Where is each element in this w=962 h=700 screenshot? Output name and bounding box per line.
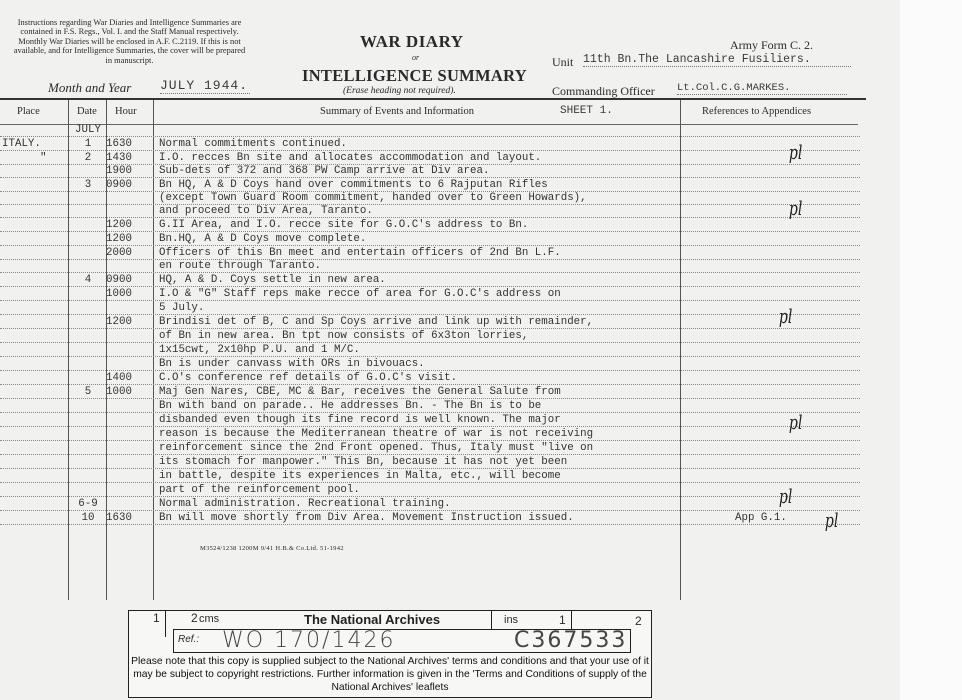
header-rule [0, 98, 866, 100]
initials-signature: pl [789, 140, 802, 164]
table-row: reason is because the Mediterranean thea… [0, 428, 860, 441]
table-row: 1200G.II Area, and I.O. recce site for G… [0, 219, 860, 232]
table-row: en route through Taranto. [0, 260, 860, 273]
title-war-diary: WAR DIARY [360, 32, 464, 52]
table-row: 1000I.O & "G" Staff reps make recce of a… [0, 288, 860, 301]
table-row: part of the reinforcement pool. [0, 484, 860, 497]
ruler-tick [165, 611, 166, 637]
national-archives-stamp: 1 2 cms The National Archives ins 1 2 Re… [128, 610, 652, 698]
table-row: 6-9Normal administration. Recreational t… [0, 498, 860, 511]
title-or: or [412, 53, 419, 62]
reference-box: Ref.: WO 170/1426 C367533 [173, 629, 631, 653]
ruler-tick [571, 611, 572, 629]
table-row: 40900HQ, A & D. Coys settle in new area. [0, 274, 860, 287]
table-row: reinforcement since the 2nd Front opened… [0, 442, 860, 455]
table-row: in battle, despite its experiences in Ma… [0, 470, 860, 483]
war-diary-page: Instructions regarding War Diaries and I… [0, 0, 900, 700]
column-header-date: Date [77, 106, 97, 117]
appendix-reference: App G.1. [735, 512, 787, 524]
copyright-notice: Please note that this copy is supplied s… [129, 655, 651, 694]
table-row: and proceed to Div Area, Taranto. [0, 205, 860, 218]
table-row: (except Town Guard Room commitment, hand… [0, 192, 860, 205]
table-row: 5 July. [0, 302, 860, 315]
initials-signature: pl [789, 410, 802, 434]
unit-value: 11th Bn.The Lancashire Fusiliers. [583, 53, 851, 67]
table-row: JULY [0, 124, 860, 137]
initials-signature: pl [825, 508, 838, 532]
army-form-label: Army Form C. 2. [730, 38, 813, 53]
scan-margin [900, 0, 962, 700]
initials-signature: pl [779, 484, 792, 508]
title-intelligence-summary: INTELLIGENCE SUMMARY [302, 66, 527, 86]
instructions-text: Instructions regarding War Diaries and I… [12, 18, 247, 65]
table-row: 1200Brindisi det of B, C and Sp Coys arr… [0, 316, 860, 329]
month-year-value: JULY 1944. [160, 78, 250, 94]
table-row: 30900Bn HQ, A & D Coys hand over commitm… [0, 179, 860, 192]
column-header-hour: Hour [115, 106, 137, 117]
table-row: 2000Officers of this Bn meet and enterta… [0, 247, 860, 260]
print-code: M3524/1238 1200M 9/41 H.B.& Co.Ltd. 51-1… [200, 545, 344, 552]
ruler: 1 2 cms The National Archives ins 1 2 [129, 611, 651, 629]
column-header-place: Place [17, 106, 40, 117]
table-row: 1400C.O's conference ref details of G.O.… [0, 372, 860, 385]
table-row: 1900Sub-dets of 372 and 368 PW Camp arri… [0, 165, 860, 178]
column-header-summary: Summary of Events and Information [320, 106, 474, 117]
unit-label: Unit [552, 55, 573, 70]
table-row: "21430I.O. recces Bn site and allocates … [0, 152, 860, 165]
commanding-officer-value: Lt.Col.C.G.MARKES. [677, 82, 847, 95]
sheet-number: SHEET 1. [560, 105, 613, 117]
commanding-officer-label: Commanding Officer [552, 84, 655, 99]
column-header-references: References to Appendices [702, 106, 811, 117]
table-row: 101630Bn will move shortly from Div Area… [0, 512, 860, 525]
table-row: of Bn in new area. Bn tpt now consists o… [0, 330, 860, 343]
table-row: 51000Maj Gen Nares, CBE, MC & Bar, recei… [0, 386, 860, 399]
table-row: disbanded even though its fine record is… [0, 414, 860, 427]
initials-signature: pl [779, 304, 792, 328]
reference-code: C367533 [514, 628, 627, 653]
table-row: Bn is under canvass with ORs in bivouacs… [0, 358, 860, 371]
table-row: Bn with band on parade.. He addresses Bn… [0, 400, 860, 413]
month-year-label: Month and Year [48, 80, 131, 96]
initials-signature: pl [789, 196, 802, 220]
title-erase-note: (Erase heading not required). [343, 86, 456, 96]
ruler-tick [491, 611, 492, 629]
table-row: ITALY.11630Normal commitments continued. [0, 138, 860, 151]
archives-name: The National Archives [304, 612, 440, 627]
reference-number: WO 170/1426 [222, 628, 395, 653]
table-row: 1x15cwt, 2x10hp P.U. and 1 M/C. [0, 344, 860, 357]
table-row: 1200Bn.HQ, A & D Coys move complete. [0, 233, 860, 246]
table-row: its stomach for manpower." This Bn, beca… [0, 456, 860, 469]
